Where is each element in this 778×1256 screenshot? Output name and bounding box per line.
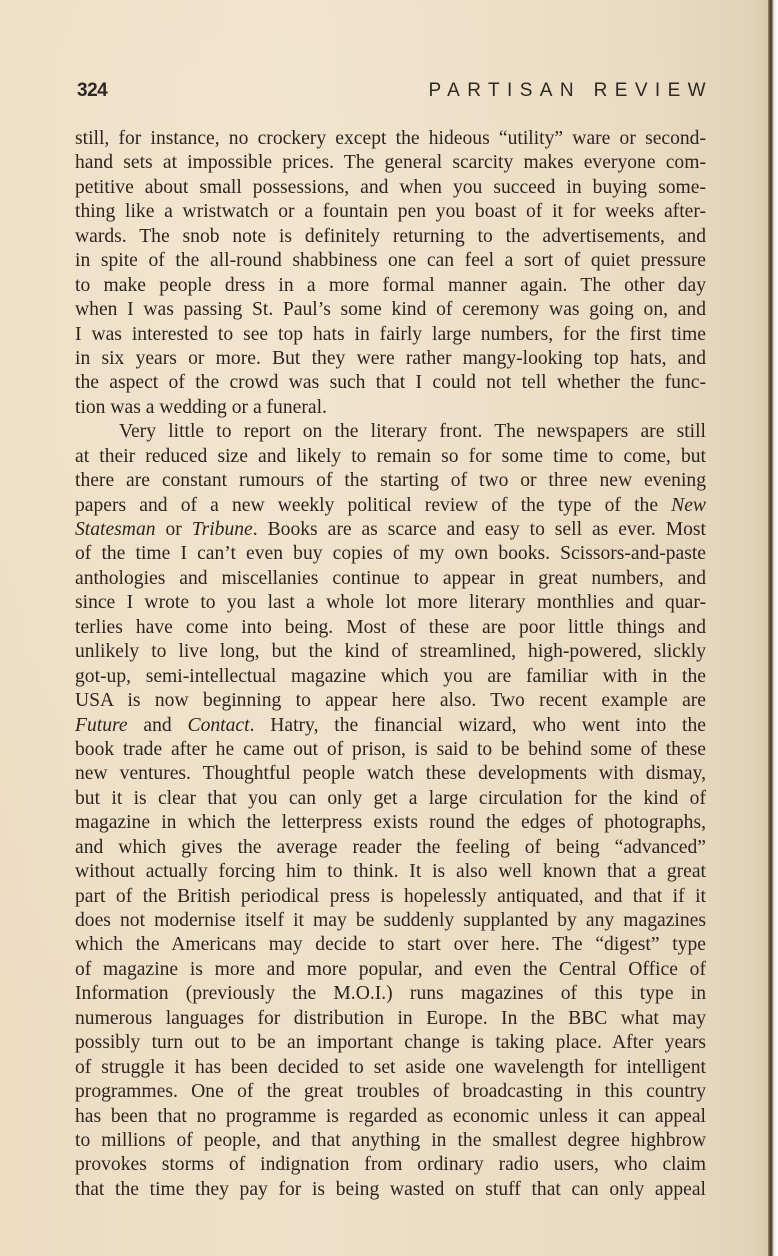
text-segment: anthologies and miscellanies continue to… [75,568,706,589]
text-line: numerous languages for distribution in E… [75,1007,706,1031]
text-line: new ventures. Thoughtful people watch th… [75,762,706,786]
italic-title: Tribune [192,519,253,540]
text-segment: but it is clear that you can only get a … [75,788,706,809]
text-segment: still, for instance, no crockery except … [75,128,706,149]
text-segment: in six years or more. But they were rath… [75,348,706,369]
text-line: hand sets at impossible prices. The gene… [75,151,706,175]
text-segment: I was interested to see top hats in fair… [75,324,706,345]
text-segment: to make people dress in a more formal ma… [75,275,706,296]
italic-title: Future [75,715,128,736]
text-line: does not modernise itself it may be sudd… [75,909,706,933]
text-line: got-up, semi-intellectual magazine which… [75,665,706,689]
italic-title: Contact [188,715,250,736]
text-line: possibly turn out to be an important cha… [75,1031,706,1055]
text-line: but it is clear that you can only get a … [75,787,706,811]
text-line: provokes storms of indignation from ordi… [75,1153,706,1177]
text-line: in six years or more. But they were rath… [75,347,706,371]
text-segment: magazine in which the letterpress exists… [75,812,706,833]
text-line: to millions of people, and that anything… [75,1129,706,1153]
text-line: anthologies and miscellanies continue to… [75,567,706,591]
text-line: without actually forcing him to think. I… [75,860,706,884]
text-segment: Very little to report on the literary fr… [119,421,706,442]
text-line: wards. The snob note is definitely retur… [75,225,706,249]
text-line: book trade after he came out of prison, … [75,738,706,762]
text-segment: in spite of the all-round shabbiness one… [75,250,706,271]
text-segment: that the time they pay for is being wast… [75,1179,706,1200]
text-segment: Information (previously the M.O.I.) runs… [75,983,706,1004]
text-line: thing like a wristwatch or a fountain pe… [75,200,706,224]
text-line: since I wrote to you last a whole lot mo… [75,591,706,615]
text-segment: has been that no programme is regarded a… [75,1106,706,1127]
text-segment: tion was a wedding or a funeral. [75,397,327,418]
text-line: has been that no programme is regarded a… [75,1105,706,1129]
text-segment: of magazine is more and more popular, an… [75,959,706,980]
italic-title: New [671,495,706,516]
text-segment: does not modernise itself it may be sudd… [75,910,706,931]
text-segment: unlikely to live long, but the kind of s… [75,641,706,662]
running-head: 324 PARTISAN REVIEW [75,80,706,106]
text-line: Future and Contact. Hatry, the financial… [75,714,706,738]
text-segment: . Hatry, the financial wizard, who went … [250,715,706,736]
text-line: which the Americans may decide to start … [75,933,706,957]
text-segment: possibly turn out to be an important cha… [75,1032,706,1053]
text-line: the aspect of the crowd was such that I … [75,371,706,395]
text-segment: at their reduced size and likely to rema… [75,446,706,467]
text-segment: without actually forcing him to think. I… [75,861,706,882]
text-line: USA is now beginning to appear here also… [75,689,706,713]
body-text: still, for instance, no crockery except … [75,127,706,1202]
text-line: when I was passing St. Paul’s some kind … [75,298,706,322]
text-segment: hand sets at impossible prices. The gene… [75,152,706,173]
text-line: Very little to report on the literary fr… [75,420,706,444]
text-segment: got-up, semi-intellectual magazine which… [75,666,706,687]
text-line: tion was a wedding or a funeral. [75,396,706,420]
text-line: at their reduced size and likely to rema… [75,445,706,469]
text-line: I was interested to see top hats in fair… [75,323,706,347]
text-segment: USA is now beginning to appear here also… [75,690,706,711]
page-edge-shadow [768,0,778,1256]
text-segment: thing like a wristwatch or a fountain pe… [75,201,706,222]
text-line: in spite of the all-round shabbiness one… [75,249,706,273]
text-segment: terlies have come into being. Most of th… [75,617,706,638]
text-line: unlikely to live long, but the kind of s… [75,640,706,664]
text-segment: programmes. One of the great troubles of… [75,1081,706,1102]
text-segment: numerous languages for distribution in E… [75,1008,706,1029]
text-segment: part of the British periodical press is … [75,886,706,907]
text-segment: of the time I can’t even buy copies of m… [75,543,706,564]
text-line: of magazine is more and more popular, an… [75,958,706,982]
text-line: that the time they pay for is being wast… [75,1178,706,1202]
text-segment: of struggle it has been decided to set a… [75,1057,706,1078]
text-line: petitive about small possessions, and wh… [75,176,706,200]
text-line: to make people dress in a more formal ma… [75,274,706,298]
text-segment: wards. The snob note is definitely retur… [75,226,706,247]
text-segment: . Books are as scarce and easy to sell a… [253,519,706,540]
text-line: and which gives the average reader the f… [75,836,706,860]
text-line: programmes. One of the great troubles of… [75,1080,706,1104]
text-segment: since I wrote to you last a whole lot mo… [75,592,706,613]
text-segment: new ventures. Thoughtful people watch th… [75,763,706,784]
text-segment: and which gives the average reader the f… [75,837,706,858]
text-segment: petitive about small possessions, and wh… [75,177,706,198]
text-segment: book trade after he came out of prison, … [75,739,706,760]
text-segment: or [156,519,192,540]
italic-title: Statesman [75,519,156,540]
page-number: 324 [77,80,107,102]
text-line: papers and of a new weekly political rev… [75,494,706,518]
text-segment: to millions of people, and that anything… [75,1130,706,1151]
text-line: still, for instance, no crockery except … [75,127,706,151]
text-line: there are constant rumours of the starti… [75,469,706,493]
text-segment: and [128,715,188,736]
text-line: part of the British periodical press is … [75,885,706,909]
text-line: terlies have come into being. Most of th… [75,616,706,640]
text-segment: which the Americans may decide to start … [75,934,706,955]
text-segment: the aspect of the crowd was such that I … [75,372,706,393]
text-segment: when I was passing St. Paul’s some kind … [75,299,706,320]
text-segment: provokes storms of indignation from ordi… [75,1154,706,1175]
text-line: of the time I can’t even buy copies of m… [75,542,706,566]
text-line: Statesman or Tribune. Books are as scarc… [75,518,706,542]
text-segment: papers and of a new weekly political rev… [75,495,671,516]
journal-title: PARTISAN REVIEW [429,80,714,102]
text-segment: there are constant rumours of the starti… [75,470,706,491]
text-line: Information (previously the M.O.I.) runs… [75,982,706,1006]
text-line: magazine in which the letterpress exists… [75,811,706,835]
text-line: of struggle it has been decided to set a… [75,1056,706,1080]
